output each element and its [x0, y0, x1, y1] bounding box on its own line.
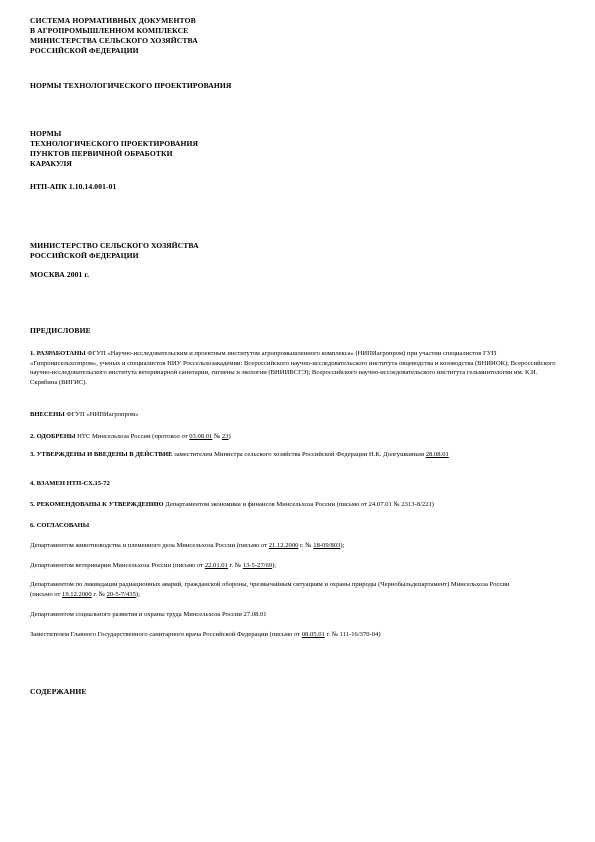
document-title: НОРМЫ ТЕХНОЛОГИЧЕСКОГО ПРОЕКТИРОВАНИЯ ПУ… [30, 129, 570, 169]
item-text: НТП-СХ.15-72 [67, 480, 110, 487]
category-heading: НОРМЫ ТЕХНОЛОГИЧЕСКОГО ПРОЕКТИРОВАНИЯ [30, 81, 570, 91]
approval-5: Заместителем Главного Государственного с… [30, 630, 570, 640]
system-line: МИНИСТЕРСТВА СЕЛЬСКОГО ХОЗЯЙСТВА [30, 36, 570, 46]
publisher: МИНИСТЕРСТВО СЕЛЬСКОГО ХОЗЯЙСТВА РОССИЙС… [30, 241, 570, 261]
item-label: ВНЕСЕНЫ [30, 411, 65, 418]
item-label: 3. УТВЕРЖДЕНЫ И ВВЕДЕНЫ В ДЕЙСТВИЕ [30, 451, 172, 458]
foreword-heading: ПРЕДИСЛОВИЕ [30, 326, 570, 336]
approval-1: Департаментом животноводства и племенног… [30, 541, 570, 551]
system-line: В АГРОПРОМЫШЛЕННОМ КОМПЛЕКСЕ [30, 26, 570, 36]
number-link[interactable]: 23 [222, 433, 229, 440]
foreword-item-6: 6. СОГЛАСОВАНЫ [30, 521, 570, 531]
item-label: 5. РЕКОМЕНДОВАНЫ К УТВЕРЖДЕНИЮ [30, 501, 164, 508]
approval-text: г. № [92, 591, 107, 598]
document-code: НТП-АПК 1.10.14.001-01 [30, 182, 570, 192]
date-link[interactable]: 08.05.01 [302, 631, 325, 638]
foreword-item-5: 5. РЕКОМЕНДОВАНЫ К УТВЕРЖДЕНИЮ Департаме… [30, 500, 570, 510]
item-text: ) [229, 433, 231, 440]
approval-text: Заместителем Главного Государственного с… [30, 631, 302, 638]
item-text: НТС Минсельхоза России (протокол от [77, 433, 189, 440]
approval-2: Департаментом ветеринарии Минсельхоза Ро… [30, 561, 570, 571]
system-header: СИСТЕМА НОРМАТИВНЫХ ДОКУМЕНТОВ В АГРОПРО… [30, 16, 570, 56]
contents-heading: СОДЕРЖАНИЕ [30, 687, 570, 697]
approval-text: ); [136, 591, 140, 598]
approval-text: Департаментом животноводства и племенног… [30, 542, 269, 549]
approval-text: Департаментом ветеринарии Минсельхоза Ро… [30, 562, 205, 569]
foreword-item-3: 3. УТВЕРЖДЕНЫ И ВВЕДЕНЫ В ДЕЙСТВИЕ замес… [30, 450, 570, 460]
number-link[interactable]: 18-09/803 [313, 542, 340, 549]
item-label: 6. СОГЛАСОВАНЫ [30, 522, 89, 529]
item-text: заместителем Министра сельского хозяйств… [174, 451, 424, 458]
title-line: КАРАКУЛЯ [30, 159, 570, 169]
approval-4: Департаментом социального развития и охр… [30, 610, 570, 620]
approval-text: г. № 111-16/370-04) [325, 631, 381, 638]
item-text: ФГУП «Научно-исследовательским и проектн… [30, 350, 556, 386]
system-line: РОССИЙСКОЙ ФЕДЕРАЦИИ [30, 46, 570, 56]
item-label: 2. ОДОБРЕНЫ [30, 433, 75, 440]
foreword-item-4: 4. ВЗАМЕН НТП-СХ.15-72 [30, 479, 570, 489]
title-line: ТЕХНОЛОГИЧЕСКОГО ПРОЕКТИРОВАНИЯ [30, 139, 570, 149]
foreword-introduced: ВНЕСЕНЫ ФГУП «НИПИагропром» [30, 410, 570, 420]
number-link[interactable]: 20-5-7/435 [107, 591, 136, 598]
date-link[interactable]: 21.12.2000 [269, 542, 299, 549]
system-line: СИСТЕМА НОРМАТИВНЫХ ДОКУМЕНТОВ [30, 16, 570, 26]
publisher-line: МИНИСТЕРСТВО СЕЛЬСКОГО ХОЗЯЙСТВА [30, 241, 570, 251]
approval-text: ); [272, 562, 276, 569]
foreword-item-1: 1. РАЗРАБОТАНЫ ФГУП «Научно-исследовател… [30, 349, 565, 387]
item-text: Департаментом экономики и финансов Минсе… [165, 501, 434, 508]
date-link[interactable]: 03.08.01 [189, 433, 212, 440]
foreword-item-2: 2. ОДОБРЕНЫ НТС Минсельхоза России (прот… [30, 432, 570, 442]
item-label: 4. ВЗАМЕН [30, 480, 65, 487]
title-line: ПУНКТОВ ПЕРВИЧНОЙ ОБРАБОТКИ [30, 149, 570, 159]
city-year: МОСКВА 2001 г. [30, 270, 570, 280]
date-link[interactable]: 22.01.01 [205, 562, 228, 569]
item-text: ФГУП «НИПИагропром» [66, 411, 138, 418]
approval-3: Департаментом по ликвидации радиационных… [30, 580, 510, 599]
item-label: 1. РАЗРАБОТАНЫ [30, 350, 86, 357]
date-link[interactable]: 28.08.01 [426, 451, 449, 458]
item-text: № [212, 433, 222, 440]
approval-text: ); [340, 542, 344, 549]
approval-text: г. № [228, 562, 243, 569]
publisher-line: РОССИЙСКОЙ ФЕДЕРАЦИИ [30, 251, 570, 261]
approval-text: г. № [298, 542, 313, 549]
number-link[interactable]: 13-5-27/69 [243, 562, 272, 569]
date-link[interactable]: 19.12.2000 [62, 591, 92, 598]
title-line: НОРМЫ [30, 129, 570, 139]
